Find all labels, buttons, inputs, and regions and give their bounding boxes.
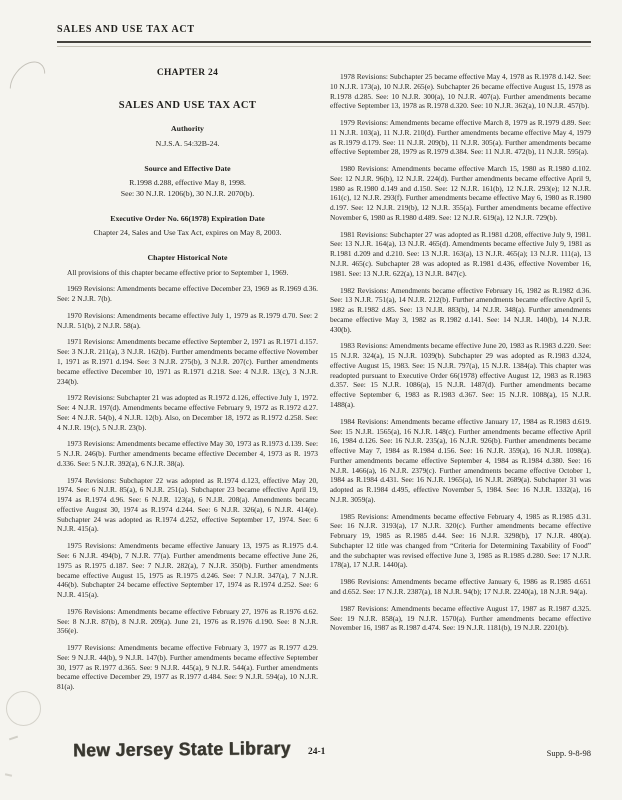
scan-speck (5, 773, 12, 776)
page-body: CHAPTER 24 SALES AND USE TAX ACT Authori… (57, 58, 591, 699)
header-rule-thin (57, 46, 591, 47)
revision-paragraph-1973: 1973 Revisions: Amendments became effect… (57, 439, 318, 468)
pencil-mark (3, 55, 53, 108)
revision-paragraph-1979: 1979 Revisions: Amendments became effect… (330, 118, 591, 157)
revision-paragraph-1984: 1984 Revisions: Amendments became effect… (330, 417, 591, 505)
authority-heading: Authority (57, 124, 318, 134)
revision-paragraph-1969: 1969 Revisions: Amendments became effect… (57, 284, 318, 304)
authority-citation: N.J.S.A. 54:32B-24. (57, 139, 318, 149)
revision-paragraph-1971: 1971 Revisions: Amendments became effect… (57, 337, 318, 386)
scan-speck (9, 736, 18, 741)
expiration-text: Chapter 24, Sales and Use Tax Act, expir… (57, 228, 318, 238)
revision-paragraph-1986: 1986 Revisions: Amendments became effect… (330, 577, 591, 597)
source-heading: Source and Effective Date (57, 164, 318, 174)
act-title: SALES AND USE TAX ACT (57, 99, 318, 113)
header-rule-thick (57, 41, 591, 43)
chapter-heading: CHAPTER 24 (57, 67, 318, 80)
revision-paragraph-1974: 1974 Revisions: Subchapter 22 was adopte… (57, 476, 318, 535)
revision-paragraph-1987: 1987 Revisions: Amendments became effect… (330, 604, 591, 633)
historical-paragraph: All provisions of this chapter became ef… (57, 268, 318, 278)
pencil-circle-mark (6, 691, 41, 726)
historical-note-heading: Chapter Historical Note (57, 253, 318, 263)
revision-paragraph-1982: 1982 Revisions: Amendments became effect… (330, 286, 591, 335)
revision-paragraph-1975: 1975 Revisions: Amendments became effect… (57, 541, 318, 600)
source-line-1: R.1998 d.288, effective May 8, 1998. (57, 178, 318, 188)
revision-paragraph-1983: 1983 Revisions: Amendments became effect… (330, 341, 591, 409)
revision-paragraph-1985: 1985 Revisions: Amendments became effect… (330, 512, 591, 571)
source-line-2: See: 30 N.J.R. 1206(b), 30 N.J.R. 2070(b… (57, 189, 318, 199)
library-stamp: New Jersey State Library (73, 737, 291, 761)
revision-paragraph-1978: 1978 Revisions: Subchapter 25 became eff… (330, 72, 591, 111)
revision-paragraph-1977: 1977 Revisions: Amendments became effect… (57, 643, 318, 692)
right-column: 1978 Revisions: Subchapter 25 became eff… (330, 58, 591, 699)
revision-paragraph-1981: 1981 Revisions: Subchapter 27 was adopte… (330, 230, 591, 279)
scanned-document-page: SALES AND USE TAX ACT CHAPTER 24 SALES A… (0, 0, 622, 800)
running-header-title: SALES AND USE TAX ACT (57, 24, 195, 35)
revision-paragraph-1972: 1972 Revisions: Subchapter 21 was adopte… (57, 393, 318, 432)
revision-paragraph-1976: 1976 Revisions: Amendments became effect… (57, 607, 318, 636)
left-column: CHAPTER 24 SALES AND USE TAX ACT Authori… (57, 58, 318, 699)
page-number: 24-1 (308, 747, 325, 757)
revision-paragraph-1970: 1970 Revisions: Amendments became effect… (57, 311, 318, 331)
expiration-heading: Executive Order No. 66(1978) Expiration … (57, 214, 318, 224)
supplement-date: Supp. 9-8-98 (547, 748, 591, 758)
revision-paragraph-1980: 1980 Revisions: Amendments became effect… (330, 164, 591, 223)
